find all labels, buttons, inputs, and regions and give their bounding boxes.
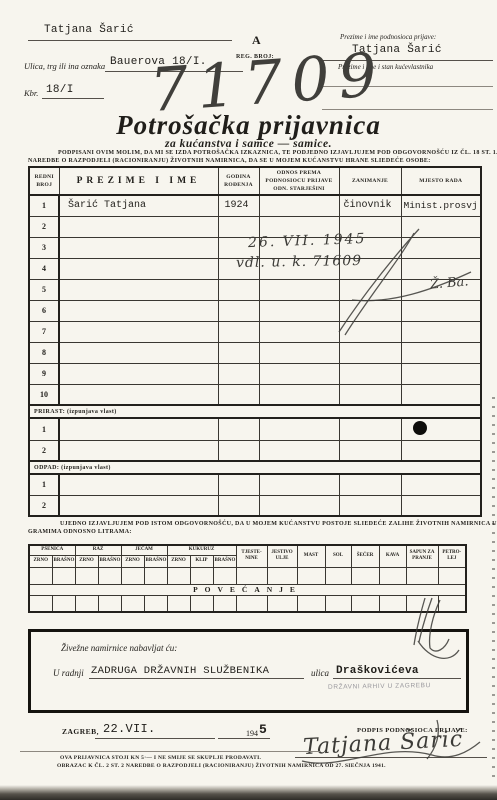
- scan-edge-dots: [492, 390, 495, 782]
- col-tjestenine: TJESTE-NINE: [236, 545, 267, 567]
- street-label: Ulica, trg ili ina oznaka: [24, 61, 105, 71]
- archive-stamp: DRŽAVNI ARHIV U ZAGREBU: [328, 682, 431, 691]
- col-sapun: SAPUN ZA PRANJE: [406, 545, 438, 567]
- household-table: REDNI BROJ PREZIME I IME GODINA ROĐENJA …: [28, 166, 482, 517]
- col-secer: ŠEĆER: [351, 545, 379, 567]
- year-digit-typed: 5: [259, 722, 267, 737]
- ruled-line: [89, 678, 304, 679]
- shop-intro: Živežne namirnice nabavljat ću:: [61, 643, 177, 653]
- sub-brasno: BRAŠNO: [98, 555, 121, 567]
- col-kava: KAVA: [379, 545, 406, 567]
- col-sol: SOL: [325, 545, 351, 567]
- relation-cell: [259, 195, 339, 216]
- household-row-7: 7: [29, 321, 481, 342]
- form-title: Potrošačka prijavnica: [0, 110, 497, 141]
- ruled-line: [218, 738, 270, 739]
- top-applicant-name: Tatjana Šarić: [44, 24, 134, 36]
- sub-brasno: BRAŠNO: [213, 555, 236, 567]
- ruled-line: [42, 98, 104, 99]
- declaration-line-1: PODPISANI OVIM MOLIM, DA MI SE IZDA POTR…: [28, 150, 482, 158]
- household-row-9: 9: [29, 363, 481, 384]
- shop-name-typed: ZADRUGA DRŽAVNIH SLUŽBENIKA: [91, 665, 269, 677]
- household-row-8: 8: [29, 342, 481, 363]
- sub-zrno: ZRNO: [167, 555, 190, 567]
- scanned-form-page: Tatjana Šarić A REG. BROJ: Prezime i ime…: [0, 0, 497, 800]
- sub-brasno: BRAŠNO: [52, 555, 75, 567]
- group-kukuruz: KUKURUZ: [167, 545, 236, 555]
- shop-street-typed: Draškovićeva: [336, 665, 419, 677]
- household-row-6: 6: [29, 300, 481, 321]
- ruled-line: [295, 757, 487, 758]
- household-row-10: 10: [29, 384, 481, 405]
- applicant-label: Prezime i ime podnosioca prijave:: [340, 33, 436, 41]
- fine-print-1: OVA PRIJAVNICA STOJI KN 5·— I NE SMIJE S…: [60, 755, 261, 761]
- handwritten-signature: Tatjana Šarić: [302, 727, 463, 760]
- sub-zrno: ZRNO: [29, 555, 52, 567]
- odpad-row-1: 1: [29, 474, 481, 495]
- shop-box: Živežne namirnice nabavljat ću: U radnji…: [28, 629, 469, 713]
- ruled-line: [28, 40, 232, 41]
- group-psenica: PŠENICA: [29, 545, 75, 555]
- fold-line: [20, 751, 320, 752]
- year-cell: 1924: [218, 195, 259, 216]
- section-letter: A: [252, 33, 261, 48]
- header-mjesto-rada: MJESTO RADA: [401, 167, 481, 195]
- odpad-bar: ODPAD: (izpunjava vlast): [29, 461, 481, 474]
- povecanje-row: POVEĆANJE: [29, 584, 466, 595]
- col-jestivo-ulje: JESTIVO ULJE: [267, 545, 297, 567]
- col-petrolej: PETRO-LEJ: [438, 545, 466, 567]
- group-jecam: JEČAM: [121, 545, 167, 555]
- declaration-line-2: NAREDBE O RAZPODJELI (RACIONIRANJU) ŽIVO…: [28, 158, 482, 166]
- u-radnji-label: U radnji: [53, 668, 84, 678]
- supplies-table: PŠENICA RAŽ JEČAM KUKURUZ TJESTE-NINE JE…: [28, 544, 467, 613]
- name-cell: Šarić Tatjana: [59, 195, 218, 216]
- sub-brasno: BRAŠNO: [144, 555, 167, 567]
- date-typed: 22.VII.: [103, 722, 156, 736]
- supplies-group-header-row: PŠENICA RAŽ JEČAM KUKURUZ TJESTE-NINE JE…: [29, 545, 466, 555]
- kbr-label: Kbr.: [24, 88, 38, 98]
- sub-klip: KLIP: [190, 555, 213, 567]
- supplies-entry-row-2: [29, 595, 466, 612]
- header-redni-broj: REDNI BROJ: [29, 167, 59, 195]
- supplies-declaration-2: GRAMIMA ODNOSNO LITRAMA:: [28, 529, 482, 537]
- header-odnos: ODNOS PREMA PODNOSIOCU PRIJAVE ODN. STAR…: [259, 167, 339, 195]
- year-prefix: 194: [246, 729, 258, 738]
- prirast-row-2: 2: [29, 440, 481, 461]
- fine-print-2: OBRAZAC K ČL. 2 ST. 2 NAREDBE O RAZPODJE…: [57, 763, 386, 769]
- prirast-bar: PRIRAST: (izpunjava vlast): [29, 405, 481, 418]
- household-row-1: 1 Šarić Tatjana 1924 činovnik Minist.pro…: [29, 195, 481, 216]
- odpad-row-2: 2: [29, 495, 481, 516]
- scan-bottom-edge: [0, 785, 497, 800]
- occupation-cell: činovnik: [339, 195, 401, 216]
- supplies-entry-row-1: [29, 567, 466, 584]
- sub-zrno: ZRNO: [75, 555, 98, 567]
- supplies-declaration-1: UJEDNO IZJAVLJUJEM POD ISTOM ODGOVORNOŠĆ…: [28, 521, 482, 529]
- household-row-5: 5: [29, 279, 481, 300]
- household-header-row: REDNI BROJ PREZIME I IME GODINA ROĐENJA …: [29, 167, 481, 195]
- ink-dot: [413, 421, 427, 435]
- ruled-line: [333, 678, 461, 679]
- col-mast: MAST: [297, 545, 325, 567]
- ruled-line: [95, 738, 215, 739]
- header-godina: GODINA ROĐENJA: [218, 167, 259, 195]
- header-prezime-ime: PREZIME I IME: [59, 167, 218, 195]
- city-label: ZAGREB,: [62, 727, 99, 736]
- header-zanimanje: ZANIMANJE: [339, 167, 401, 195]
- workplace-cell: Minist.prosvj: [401, 195, 481, 216]
- handwritten-ref-note: vdl. u. k. 71609: [236, 253, 362, 271]
- ulica-label: ulica: [311, 668, 329, 678]
- form-subtitle: za kućanstva i samce — samice.: [0, 138, 497, 150]
- kbr-value-typed: 18/I: [46, 84, 74, 96]
- sub-zrno: ZRNO: [121, 555, 144, 567]
- group-raz: RAŽ: [75, 545, 121, 555]
